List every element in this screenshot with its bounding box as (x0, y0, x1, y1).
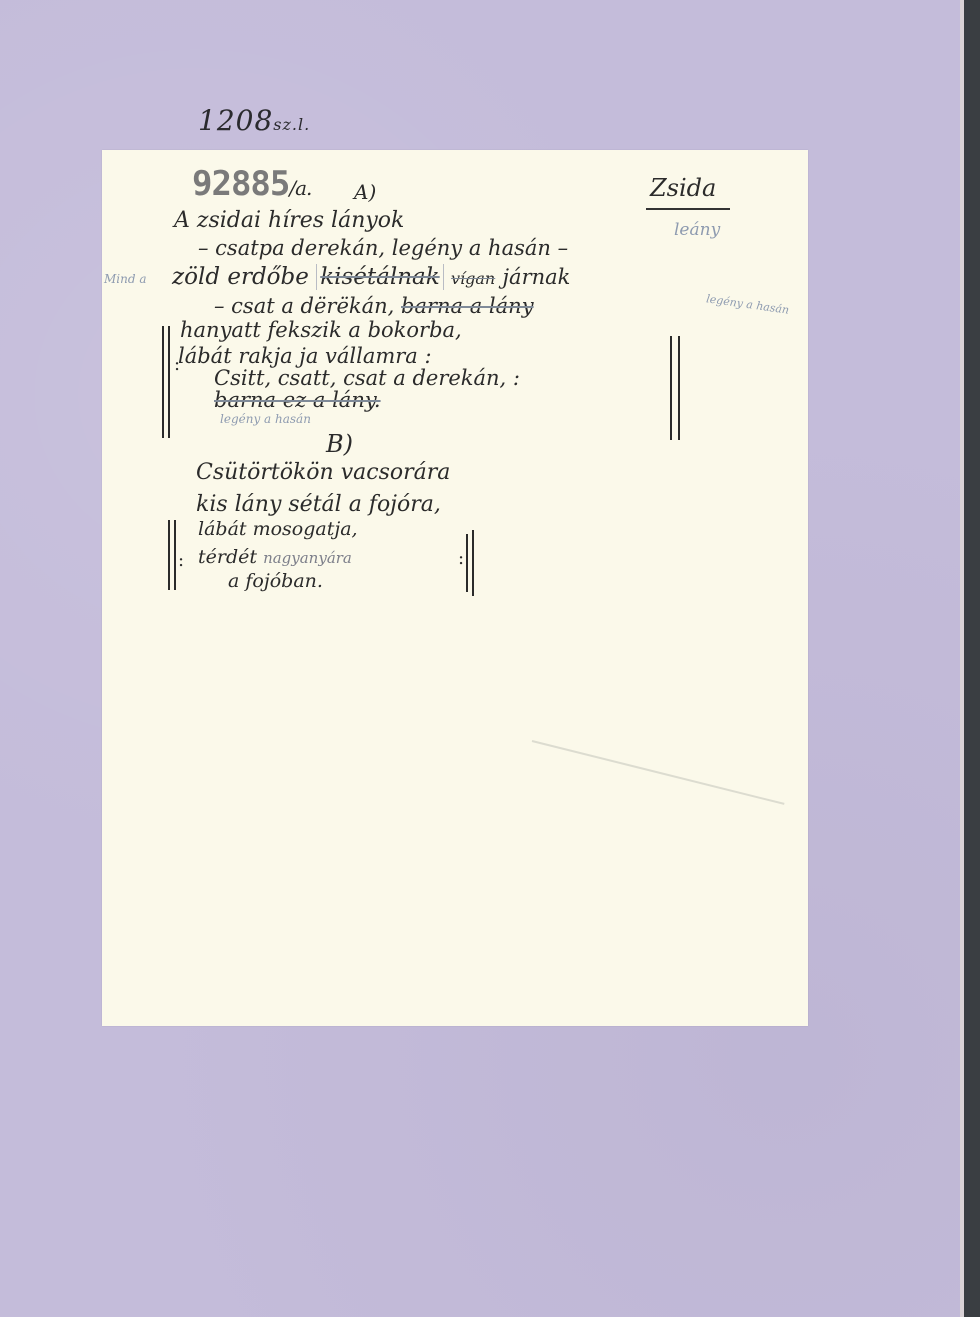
verse-a-line-8-struck: barna ez a lány. (214, 388, 381, 412)
pencil-note-legeny-below: legény a hasán (220, 412, 311, 426)
repeat-bar-right-inner (670, 336, 672, 440)
repeat-bar-left-outer (162, 326, 164, 438)
scan-border (964, 0, 980, 1317)
archive-stamp: 92885/a. (192, 164, 311, 204)
verse-a-line-7: Csitt, csatt, csat a derekán, : (214, 366, 520, 390)
pencil-note-mind-a: Mind a (104, 272, 147, 286)
struck-phrase-barna-a-lany: barna a lány (401, 294, 534, 318)
manuscript-sheet: 92885/a. A) Zsida A zsidai híres lányok … (102, 150, 808, 1026)
verse-b-line-4-start: térdét (198, 546, 257, 568)
verse-a-line-3: zöld erdőbe kisétálnak vígan járnak (172, 264, 570, 290)
verse-a-line-1: A zsidai híres lányok (174, 208, 404, 233)
repeat-bar-right-outer (678, 336, 680, 440)
catalog-number: 1208sz.l. (198, 104, 310, 137)
stamp-number: 92885 (192, 164, 289, 204)
struck-word-kisetalnak: kisétálnak (316, 264, 443, 290)
verse-a-line-4: – csat a dërëkán, barna a lány (214, 294, 534, 318)
paper-crease (532, 740, 785, 805)
catalog-number-value: 1208 (198, 104, 273, 137)
section-b-label: B) (326, 430, 353, 458)
repeat-bar-b-right-inner (466, 534, 468, 592)
verse-a-line-5: hanyatt fekszik a bokorba, (180, 318, 462, 342)
verse-b-line-3: lábát mosogatja, (198, 518, 358, 540)
verse-a-line-6: lábát rakja ja vállamra : (178, 344, 432, 368)
stamp-suffix: /a. (289, 176, 311, 200)
struck-word-vigan: vígan (451, 269, 495, 288)
repeat-bar-left-inner (168, 326, 170, 438)
repeat-bar-b-left-inner (174, 520, 176, 590)
verse-a-line-4-start: – csat a dërëkán, (214, 294, 394, 318)
verse-a-line-3-end: járnak (503, 265, 571, 289)
place-title: Zsida (650, 174, 716, 202)
pencil-note-legeny-right: legény a hasán (706, 292, 790, 316)
pencil-insert-nagyanyara: nagyanyára (263, 549, 352, 567)
repeat-bar-b-right-outer (472, 530, 474, 596)
pencil-note-leany: leány (674, 220, 720, 240)
title-underline (646, 208, 730, 210)
catalog-suffix: sz. (273, 115, 298, 134)
repeat-colon-b-right: : (458, 548, 464, 569)
verse-b-line-1: Csütörtökön vacsorára (196, 460, 450, 485)
verse-b-line-4: térdét nagyanyára (198, 546, 352, 568)
section-a-label: A) (354, 180, 376, 204)
verse-b-line-2: kis lány sétál a fojóra, (196, 492, 441, 517)
verse-b-line-5: a fojóban. (228, 570, 323, 592)
verse-a-line-2: – csatpa derekán, legény a hasán – (198, 236, 568, 260)
verse-a-line-3-main: zöld erdőbe (172, 264, 309, 290)
repeat-colon-b-left: : (178, 550, 184, 571)
catalog-suffix-sub: l. (298, 115, 310, 134)
repeat-bar-b-left-outer (168, 520, 170, 590)
